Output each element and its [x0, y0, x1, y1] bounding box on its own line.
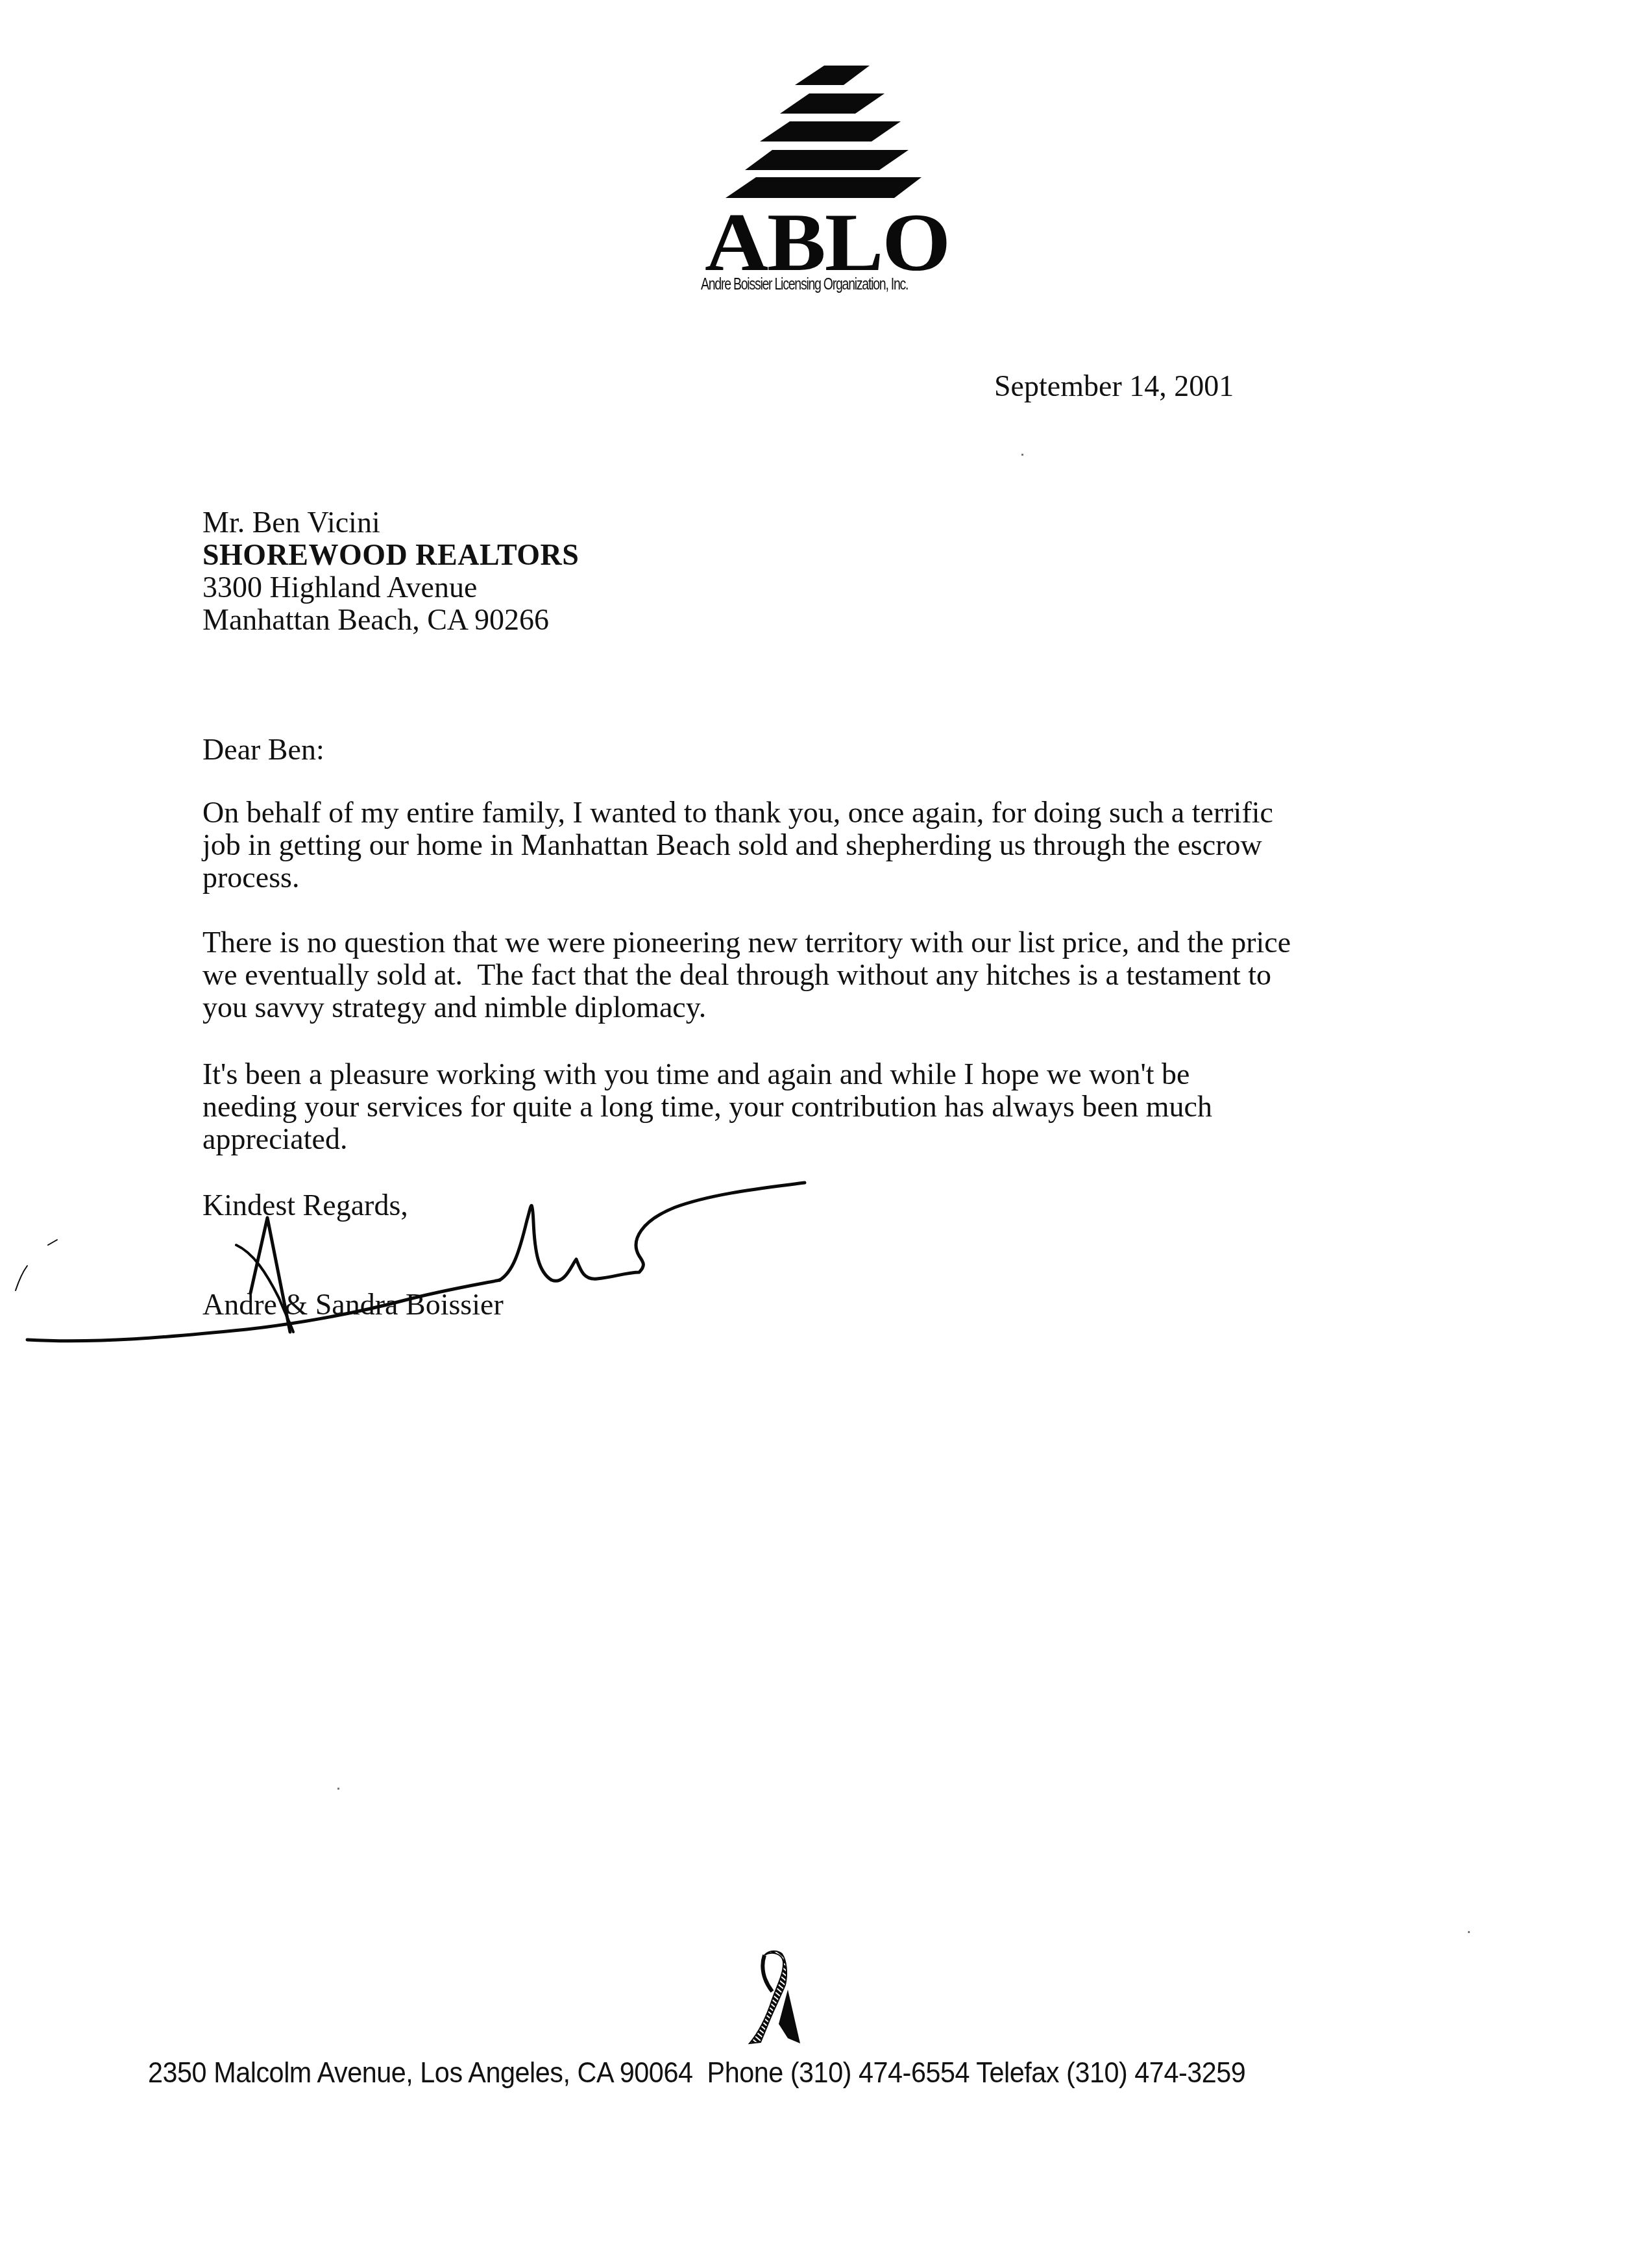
recipient-address-block: Mr. Ben Vicini SHOREWOOD REALTORS 3300 H… [202, 506, 579, 636]
company-logo-wordmark: ABLO [705, 203, 949, 284]
awareness-ribbon-icon [740, 1947, 811, 2051]
paragraph-line: appreciated. [202, 1123, 1435, 1155]
signer-names: Andre & Sandra Boissier [202, 1288, 504, 1321]
scan-speck [1468, 1931, 1470, 1933]
salutation: Dear Ben: [202, 733, 324, 766]
body-paragraph: There is no question that we were pionee… [202, 926, 1435, 1024]
body-paragraph: On behalf of my entire family, I wanted … [202, 796, 1435, 894]
company-logo-tagline: Andre Boissier Licensing Organization, I… [701, 275, 908, 294]
scan-speck [337, 1788, 339, 1790]
paragraph-line: job in getting our home in Manhattan Bea… [202, 829, 1435, 861]
recipient-name: Mr. Ben Vicini [202, 506, 579, 539]
paragraph-line: There is no question that we were pionee… [202, 926, 1435, 959]
stacked-stripes-pyramid-icon [714, 58, 934, 208]
closing: Kindest Regards, [202, 1189, 408, 1222]
scan-speck [1021, 454, 1023, 456]
paragraph-line: you savvy strategy and nimble diplomacy. [202, 991, 1435, 1024]
paragraph-line: It's been a pleasure working with you ti… [202, 1058, 1435, 1091]
recipient-street: 3300 Highland Avenue [202, 571, 579, 604]
body-paragraph: It's been a pleasure working with you ti… [202, 1058, 1435, 1155]
letter-date: September 14, 2001 [994, 371, 1234, 401]
paragraph-line: On behalf of my entire family, I wanted … [202, 796, 1435, 829]
paragraph-line: process. [202, 861, 1435, 894]
handwritten-signature [0, 1155, 811, 1370]
recipient-company: SHOREWOOD REALTORS [202, 539, 579, 571]
recipient-city-state-zip: Manhattan Beach, CA 90266 [202, 604, 579, 636]
paragraph-line: needing your services for quite a long t… [202, 1091, 1435, 1123]
paragraph-line: we eventually sold at. The fact that the… [202, 959, 1435, 991]
footer-contact-line: 2350 Malcolm Avenue, Los Angeles, CA 900… [148, 2059, 1245, 2088]
